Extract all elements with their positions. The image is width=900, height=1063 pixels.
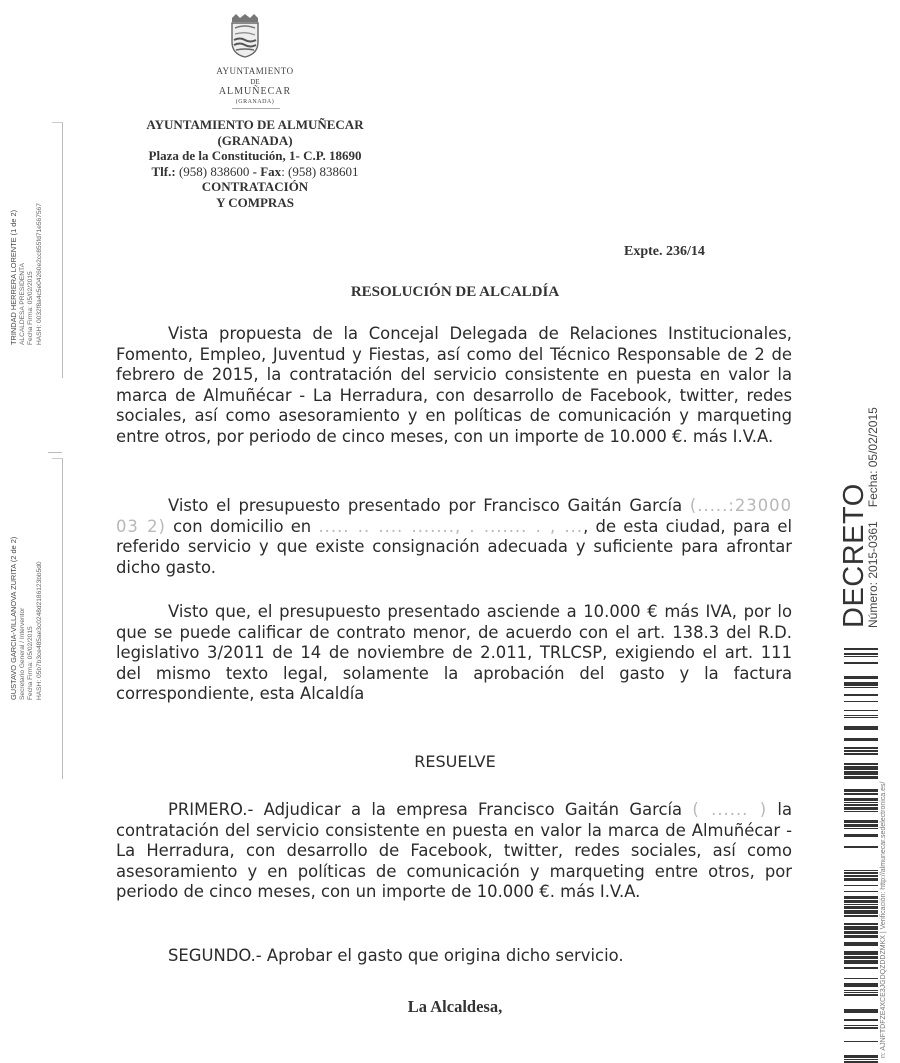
paragraph-segundo: SEGUNDO.- Aprobar el gasto que origina d… [116, 946, 792, 967]
org-province: (GRANADA) [217, 133, 292, 148]
letterhead-address-block: AYUNTAMIENTO DE ALMUÑECAR (GRANADA) Plaz… [110, 117, 400, 210]
department-line-1: CONTRATACIÓN [202, 179, 308, 194]
signer-role: Secretario General / Interventor [19, 537, 28, 700]
paragraph-budget: Visto el presupuesto presentado por Fran… [116, 496, 792, 578]
signer-name: GUSTAVO GARCIA-VILLANOVA ZURITA (2 de 2) [10, 537, 19, 700]
department-line-2: Y COMPRAS [216, 195, 294, 210]
signature-hash: HASH: 05b7b3ce485ae3c0248d2186123bb5d0 [36, 537, 45, 700]
decree-date: Fecha: 05/02/2015 [866, 407, 880, 507]
signature-stamp-border-1 [52, 122, 63, 378]
org-address: Plaza de la Constitución, 1- C.P. 18690 [149, 148, 362, 163]
primero-intro: PRIMERO.- Adjudicar a la empresa Francis… [168, 800, 682, 819]
signature-stamp-2: GUSTAVO GARCIA-VILLANOVA ZURITA (2 de 2)… [10, 537, 44, 700]
resolves-heading: RESUELVE [110, 752, 800, 771]
letterhead-small-line-3: ALMUÑECAR [140, 86, 370, 97]
decree-stamp-meta: Número: 2015-0361Fecha: 05/02/2015 [866, 393, 880, 628]
signature-line: La Alcaldesa, [110, 997, 800, 1017]
barcode-icon [844, 648, 878, 1063]
paragraph-budget-intro: Visto el presupuesto presentado por Fran… [168, 496, 682, 515]
paragraph-budget-domicile: con domicilio en [166, 517, 319, 536]
document-title: RESOLUCIÓN DE ALCALDÍA [110, 284, 800, 301]
org-name: AYUNTAMIENTO DE ALMUÑECAR [146, 117, 363, 132]
fax-label: Fax [260, 164, 281, 179]
signature-date: Fecha Firma: 05/02/2015 [27, 203, 36, 345]
letterhead-divider [232, 108, 280, 109]
signature-date: Fecha Firma: 05/02/2015 [27, 537, 36, 700]
signer-name: TRINDAD HERRERA LORENTE (1 de 2) [10, 203, 19, 345]
signature-stamp-1: TRINDAD HERRERA LORENTE (1 de 2) ALCALDE… [10, 203, 44, 345]
signature-stamp-border-2 [52, 458, 63, 779]
redacted-address: ..... .. .... ......., . ....... . , ... [318, 517, 583, 536]
phone-number: (958) 838600 [179, 164, 249, 179]
redacted-company-id: ( ...... ) [692, 800, 767, 819]
decree-number: Número: 2015-0361 [866, 521, 880, 628]
letterhead-small-line-1: AYUNTAMIENTO [140, 66, 370, 76]
signer-role: ALCALDESA PRESIDENTA [19, 203, 28, 345]
verification-text: n: AJNFTDFZE4XCE3JGDQZDDZMKX | Verificac… [880, 782, 887, 1058]
paragraph-primero: PRIMERO.- Adjudicar a la empresa Francis… [116, 800, 792, 903]
paragraph-legal-basis: Visto que, el presupuesto presentado asc… [116, 602, 792, 705]
letterhead-small-line-2: DE [140, 78, 370, 86]
letterhead-small-line-4: (GRANADA) [140, 99, 370, 105]
signature-stamp-divider [48, 452, 62, 453]
phone-label: Tlf.: [152, 164, 176, 179]
paragraph-proposal: Vista propuesta de la Concejal Delegada … [116, 324, 792, 447]
expediente-number: Expte. 236/14 [624, 244, 705, 260]
coat-of-arms-icon [228, 14, 262, 58]
fax-number: : (958) 838601 [281, 164, 358, 179]
signature-hash: HASH: 0032f8a4c5e04260e2cc855fd71e567567 [36, 203, 45, 345]
